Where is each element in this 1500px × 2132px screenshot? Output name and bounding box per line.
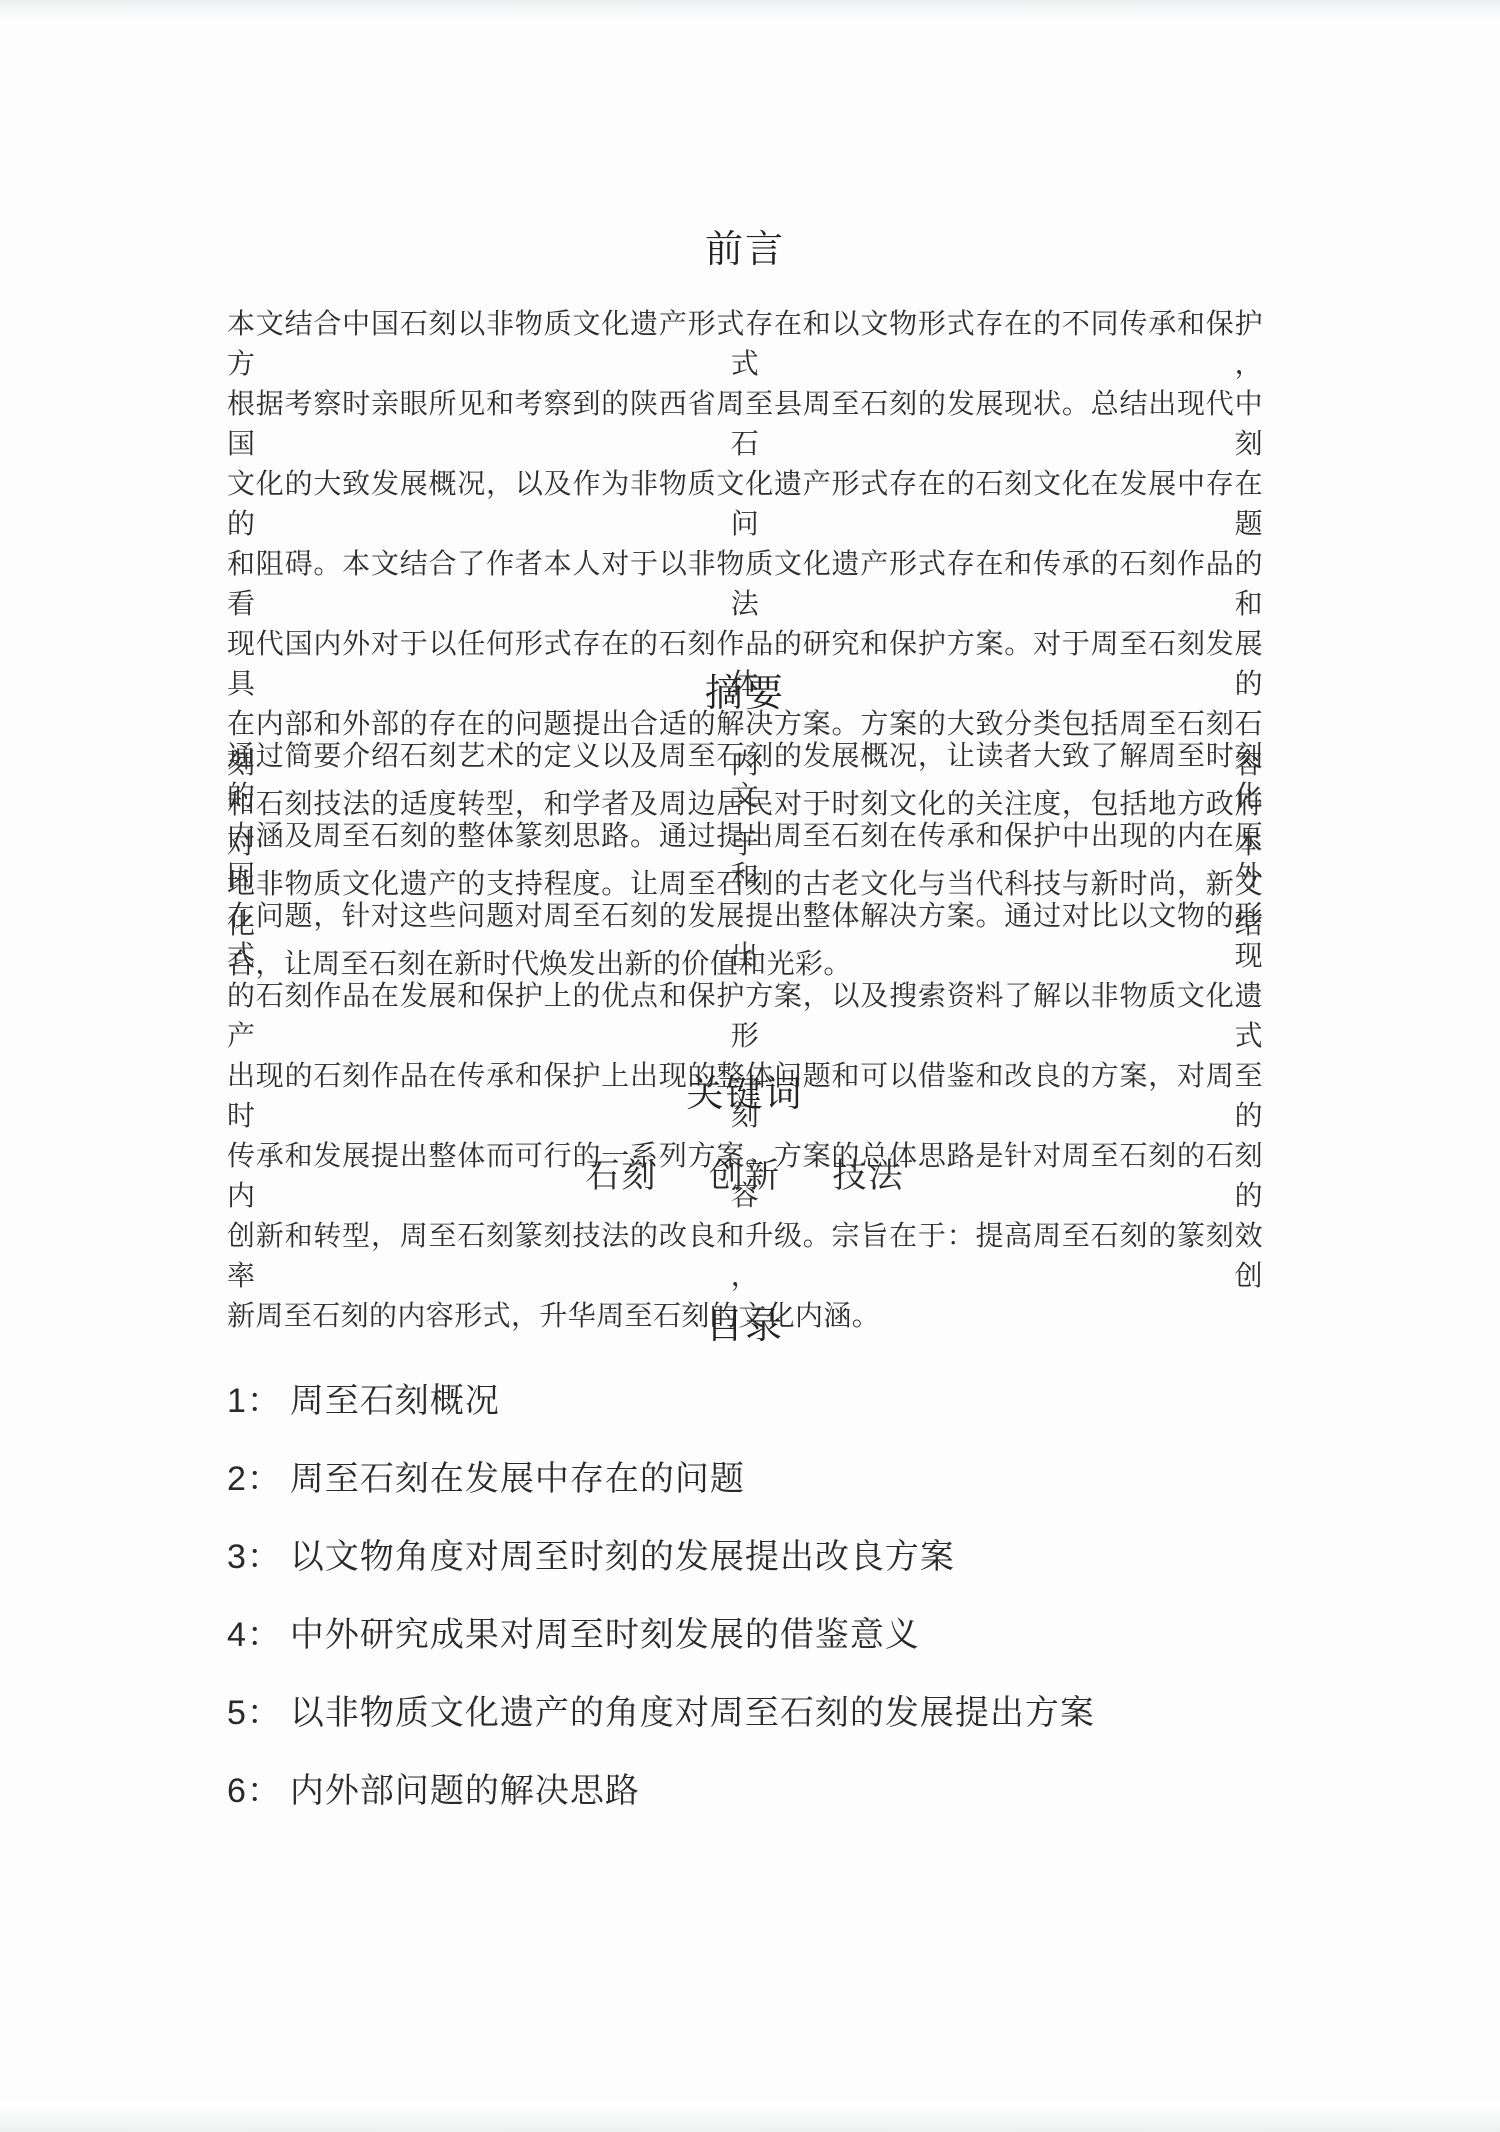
toc-item: 1：周至石刻概况	[227, 1384, 1327, 1418]
keyword-item: 石刻	[586, 1157, 658, 1195]
abstract-line: 创新和转型，周至石刻篆刻技法的改良和升级。宗旨在于：提高周至石刻的篆刻效率，创	[227, 1216, 1263, 1296]
toc-item-label: 周至石刻概况	[290, 1382, 500, 1420]
document-page: 前言 本文结合中国石刻以非物质文化遗产形式存在和以文物形式存在的不同传承和保护方…	[0, 0, 1500, 2132]
toc-title: 目录	[227, 1306, 1263, 1347]
toc-item-number: 4：	[227, 1618, 282, 1652]
toc-item-number: 3：	[227, 1540, 282, 1574]
abstract-line: 通过简要介绍石刻艺术的定义以及周至石刻的发展概况，让读者大致了解周至时刻的文化	[227, 736, 1263, 816]
toc-item-label: 内外部问题的解决思路	[290, 1772, 640, 1810]
toc-item-number: 2：	[227, 1462, 282, 1496]
preface-line: 本文结合中国石刻以非物质文化遗产形式存在和以文物形式存在的不同传承和保护方式，	[227, 304, 1263, 384]
preface-line: 文化的大致发展概况，以及作为非物质文化遗产形式存在的石刻文化在发展中存在的问题	[227, 464, 1263, 544]
toc-item-number: 6：	[227, 1774, 282, 1808]
table-of-contents: 1：周至石刻概况 2：周至石刻在发展中存在的问题 3：以文物角度对周至时刻的发展…	[227, 1384, 1327, 1808]
toc-item-label: 中外研究成果对周至时刻发展的借鉴意义	[290, 1616, 920, 1654]
keywords-list: 石刻 创新 技法	[227, 1148, 1263, 1197]
toc-item: 3：以文物角度对周至时刻的发展提出改良方案	[227, 1540, 1327, 1574]
toc-item: 6：内外部问题的解决思路	[227, 1774, 1327, 1808]
toc-item-number: 1：	[227, 1384, 282, 1418]
abstract-line: 在问题，针对这些问题对周至石刻的发展提出整体解决方案。通过对比以文物的形式出现	[227, 896, 1263, 976]
abstract-title: 摘要	[227, 674, 1263, 716]
toc-item-label: 以非物质文化遗产的角度对周至石刻的发展提出方案	[290, 1694, 1095, 1732]
toc-item-label: 以文物角度对周至时刻的发展提出改良方案	[290, 1538, 955, 1576]
toc-item: 5：以非物质文化遗产的角度对周至石刻的发展提出方案	[227, 1696, 1327, 1730]
toc-item-label: 周至石刻在发展中存在的问题	[290, 1460, 745, 1498]
preface-title: 前言	[227, 230, 1263, 272]
toc-item: 4：中外研究成果对周至时刻发展的借鉴意义	[227, 1618, 1327, 1652]
toc-item: 2：周至石刻在发展中存在的问题	[227, 1462, 1327, 1496]
abstract-line: 内涵及周至石刻的整体篆刻思路。通过提出周至石刻在传承和保护中出现的内在原因和外	[227, 816, 1263, 896]
keyword-item: 创新	[709, 1157, 781, 1195]
preface-line: 和阻碍。本文结合了作者本人对于以非物质文化遗产形式存在和传承的石刻作品的看法和	[227, 544, 1263, 624]
toc-item-number: 5：	[227, 1696, 282, 1730]
photo-edge-top	[0, 0, 1500, 24]
keywords-title: 关键词	[227, 1074, 1263, 1115]
keyword-item: 技法	[832, 1157, 904, 1195]
abstract-paragraph: 通过简要介绍石刻艺术的定义以及周至石刻的发展概况，让读者大致了解周至时刻的文化 …	[227, 736, 1263, 1336]
abstract-line: 的石刻作品在发展和保护上的优点和保护方案，以及搜索资料了解以非物质文化遗产形式	[227, 976, 1263, 1056]
preface-line: 根据考察时亲眼所见和考察到的陕西省周至县周至石刻的发展现状。总结出现代中国石刻	[227, 384, 1263, 464]
photo-edge-bottom	[0, 2102, 1500, 2132]
